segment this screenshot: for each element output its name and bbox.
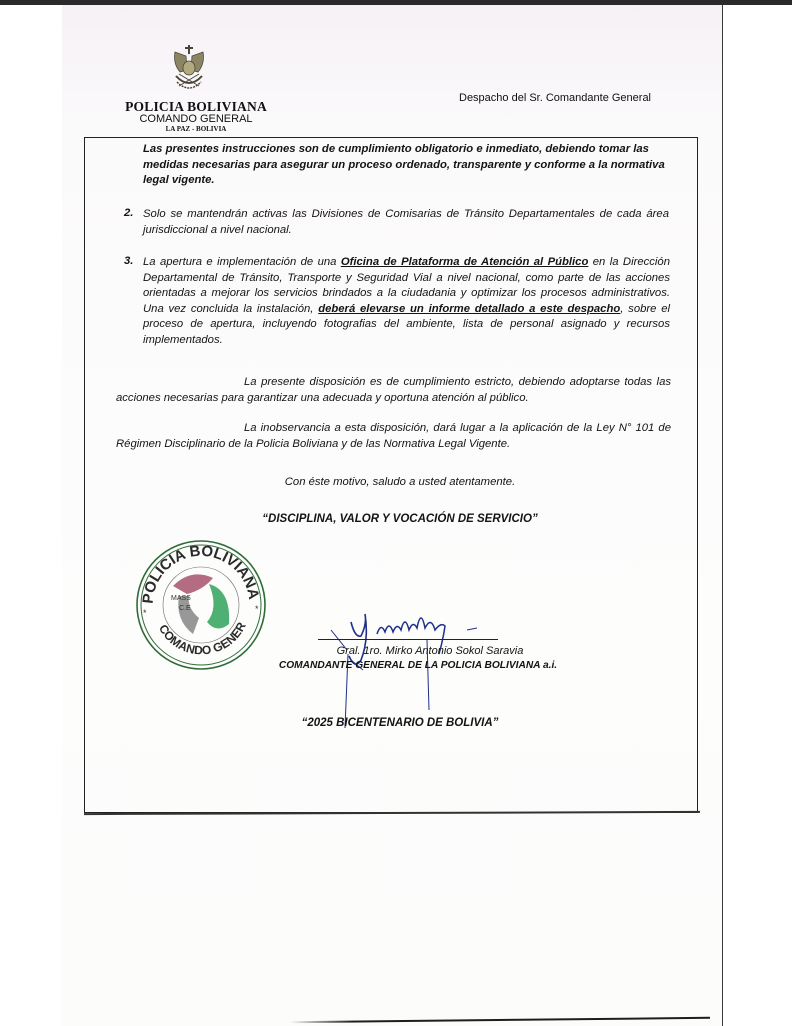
emphasized-office-name: Oficina de Plataforma de Atención al Púb… bbox=[341, 256, 589, 268]
org-subtitle: COMANDO GENERAL bbox=[116, 113, 276, 125]
bicentenario-slogan: “2025 BICENTENARIO DE BOLIVIA” bbox=[240, 717, 560, 729]
svg-text:*: * bbox=[255, 604, 259, 614]
item-number: 2. bbox=[124, 207, 133, 219]
signature-line bbox=[318, 639, 498, 640]
svg-text:*: * bbox=[143, 608, 147, 618]
signer-title: COMANDANTE GENERAL DE LA POLICIA BOLIVIA… bbox=[258, 660, 578, 671]
svg-text:C.E: C.E bbox=[179, 605, 191, 612]
item-text: La apertura e implementación de una Ofic… bbox=[143, 255, 670, 349]
disposition-paragraph: La presente disposición es de cumplimien… bbox=[116, 375, 671, 406]
emphasized-report-requirement: deberá elevarse un informe detallado a e… bbox=[318, 303, 620, 315]
item-text-part: La apertura e implementación de una bbox=[143, 256, 341, 268]
org-city: LA PAZ - BOLIVIA bbox=[116, 125, 276, 133]
official-stamp-icon: MASS C.E POLICIA BOLIVIANA COMANDO GENER… bbox=[133, 538, 269, 672]
sanction-paragraph: La inobservancia a esta disposición, dar… bbox=[116, 421, 671, 452]
office-heading: Despacho del Sr. Comandante General bbox=[459, 92, 651, 104]
item-text: Solo se mantendrán activas las Divisione… bbox=[143, 207, 669, 238]
motto: “DISCIPLINA, VALOR Y VOCACIÓN DE SERVICI… bbox=[200, 513, 600, 525]
closing-line: Con éste motivo, saludo a usted atentame… bbox=[200, 476, 600, 488]
svg-text:MASS: MASS bbox=[171, 595, 191, 602]
item-number: 3. bbox=[124, 255, 133, 267]
svg-text:POLICIA BOLIVIANA: POLICIA BOLIVIANA bbox=[140, 543, 262, 605]
intro-paragraph: Las presentes instrucciones son de cumpl… bbox=[143, 142, 668, 189]
police-crest-icon bbox=[172, 44, 206, 96]
stamp-top-text: POLICIA BOLIVIANA bbox=[140, 543, 262, 605]
signer-name: Gral. 1ro. Mirko Antonio Sokol Saravia bbox=[270, 645, 590, 657]
